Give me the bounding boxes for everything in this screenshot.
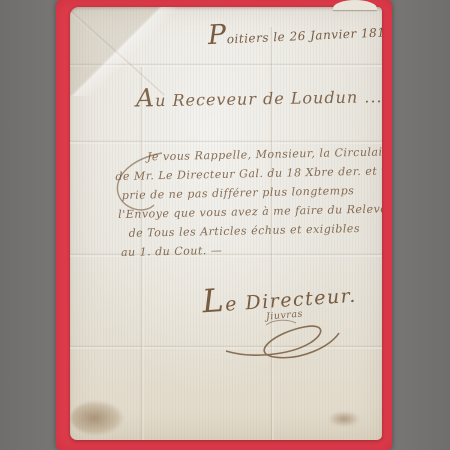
letter-paper: Poitiers le 26 Janvier 1811. Au Receveur… <box>70 7 382 440</box>
dateline: Poitiers le 26 Janvier 1811. <box>208 23 382 47</box>
signature-paraph-flourish <box>222 317 342 363</box>
stain-smudge-bottom-right <box>328 411 360 427</box>
signature: Jiuvras <box>266 308 304 322</box>
fold-crease-horizontal-1 <box>70 63 382 67</box>
salutation: Au Receveur de Loudun ..... — <box>136 79 382 113</box>
ink-stain-bottom-left <box>71 401 123 435</box>
paper-corner-fold <box>333 0 377 10</box>
fold-crease-horizontal-4 <box>70 345 382 349</box>
letter-body: Je vous Rappelle, Monsieur, la Circulair… <box>115 142 382 262</box>
letter-photo: Poitiers le 26 Janvier 1811. Au Receveur… <box>0 0 450 450</box>
